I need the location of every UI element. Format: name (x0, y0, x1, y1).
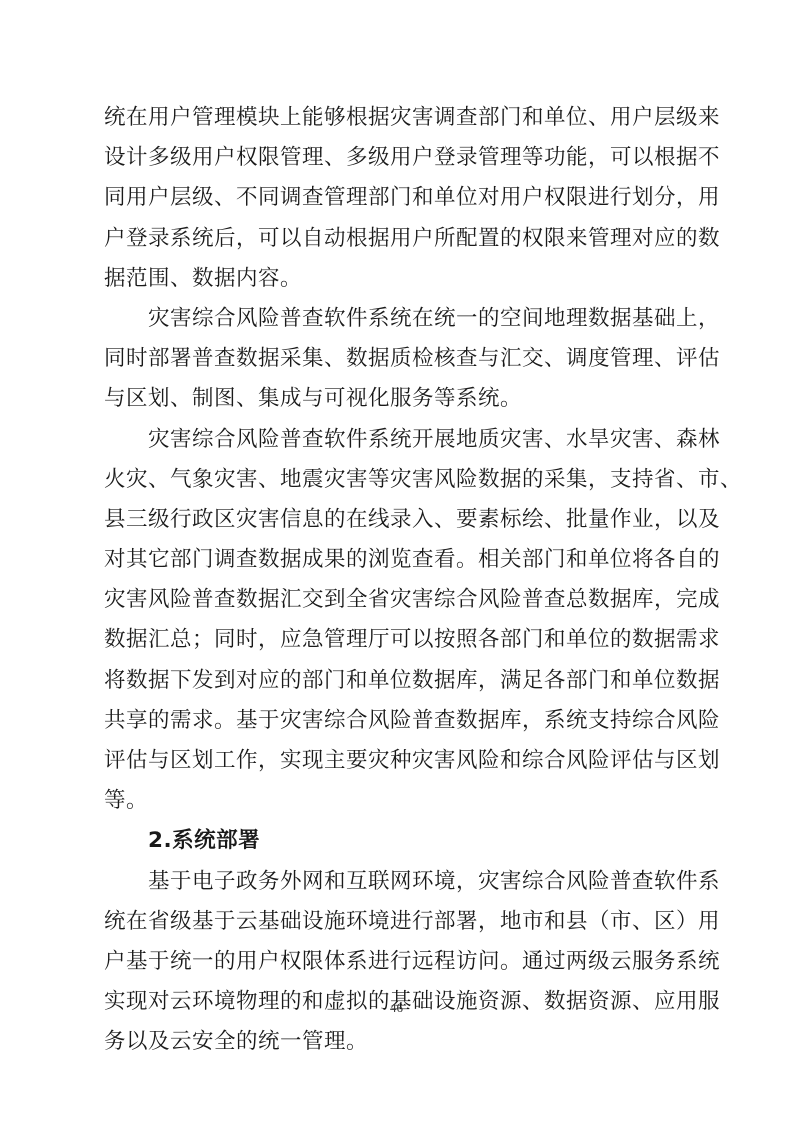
text-line: 基于电子政务外网和互联网环境，灾害综合风险普查软件系 (104, 862, 694, 902)
text-line: 灾害综合风险普查软件系统在统一的空间地理数据基础上， (104, 299, 694, 339)
text-line: 等。 (104, 781, 694, 821)
text-line: 灾害风险普查数据汇交到全省灾害综合风险普查总数据库，完成 (104, 580, 694, 620)
text-line: 对其它部门调查数据成果的浏览查看。相关部门和单位将各自的 (104, 540, 694, 580)
text-line: 火灾、气象灾害、地震灾害等灾害风险数据的采集，支持省、市、 (104, 460, 694, 500)
paragraph-system-components: 灾害综合风险普查软件系统在统一的空间地理数据基础上， 同时部署普查数据采集、数据… (104, 299, 694, 420)
text-line: 户基于统一的用户权限体系进行远程访问。通过两级云服务系统 (104, 942, 694, 982)
text-line: 评估与区划工作，实现主要灾种灾害风险和综合风险评估与区划 (104, 741, 694, 781)
document-page: 统在用户管理模块上能够根据灾害调查部门和单位、用户层级来 设计多级用户权限管理、… (104, 98, 694, 1063)
paragraph-system-deployment: 基于电子政务外网和互联网环境，灾害综合风险普查软件系 统在省级基于云基础设施环境… (104, 862, 694, 1063)
text-line: 将数据下发到对应的部门和单位数据库，满足各部门和单位数据 (104, 661, 694, 701)
text-line: 数据汇总；同时，应急管理厅可以按照各部门和单位的数据需求 (104, 620, 694, 660)
text-line: 户登录系统后，可以自动根据用户所配置的权限来管理对应的数 (104, 219, 694, 259)
paragraph-user-management: 统在用户管理模块上能够根据灾害调查部门和单位、用户层级来 设计多级用户权限管理、… (104, 98, 694, 299)
text-line: 务以及云安全的统一管理。 (104, 1022, 694, 1062)
section-heading: 2.系统部署 (104, 821, 694, 861)
text-line: 同用户层级、不同调查管理部门和单位对用户权限进行划分，用 (104, 178, 694, 218)
text-line: 统在用户管理模块上能够根据灾害调查部门和单位、用户层级来 (104, 98, 694, 138)
text-line: 统在省级基于云基础设施环境进行部署，地市和县（市、区）用 (104, 902, 694, 942)
text-line: 县三级行政区灾害信息的在线录入、要素标绘、批量作业，以及 (104, 500, 694, 540)
text-line: 据范围、数据内容。 (104, 259, 694, 299)
text-line: 设计多级用户权限管理、多级用户登录管理等功能，可以根据不 (104, 138, 694, 178)
text-line: 灾害综合风险普查软件系统开展地质灾害、水旱灾害、森林 (104, 420, 694, 460)
text-line: 共享的需求。基于灾害综合风险普查数据库，系统支持综合风险 (104, 701, 694, 741)
text-line: 与区划、制图、集成与可视化服务等系统。 (104, 379, 694, 419)
paragraph-data-collection: 灾害综合风险普查软件系统开展地质灾害、水旱灾害、森林 火灾、气象灾害、地震灾害等… (104, 420, 694, 822)
page-number: 46 (0, 1000, 793, 1016)
text-line: 同时部署普查数据采集、数据质检核查与汇交、调度管理、评估 (104, 339, 694, 379)
